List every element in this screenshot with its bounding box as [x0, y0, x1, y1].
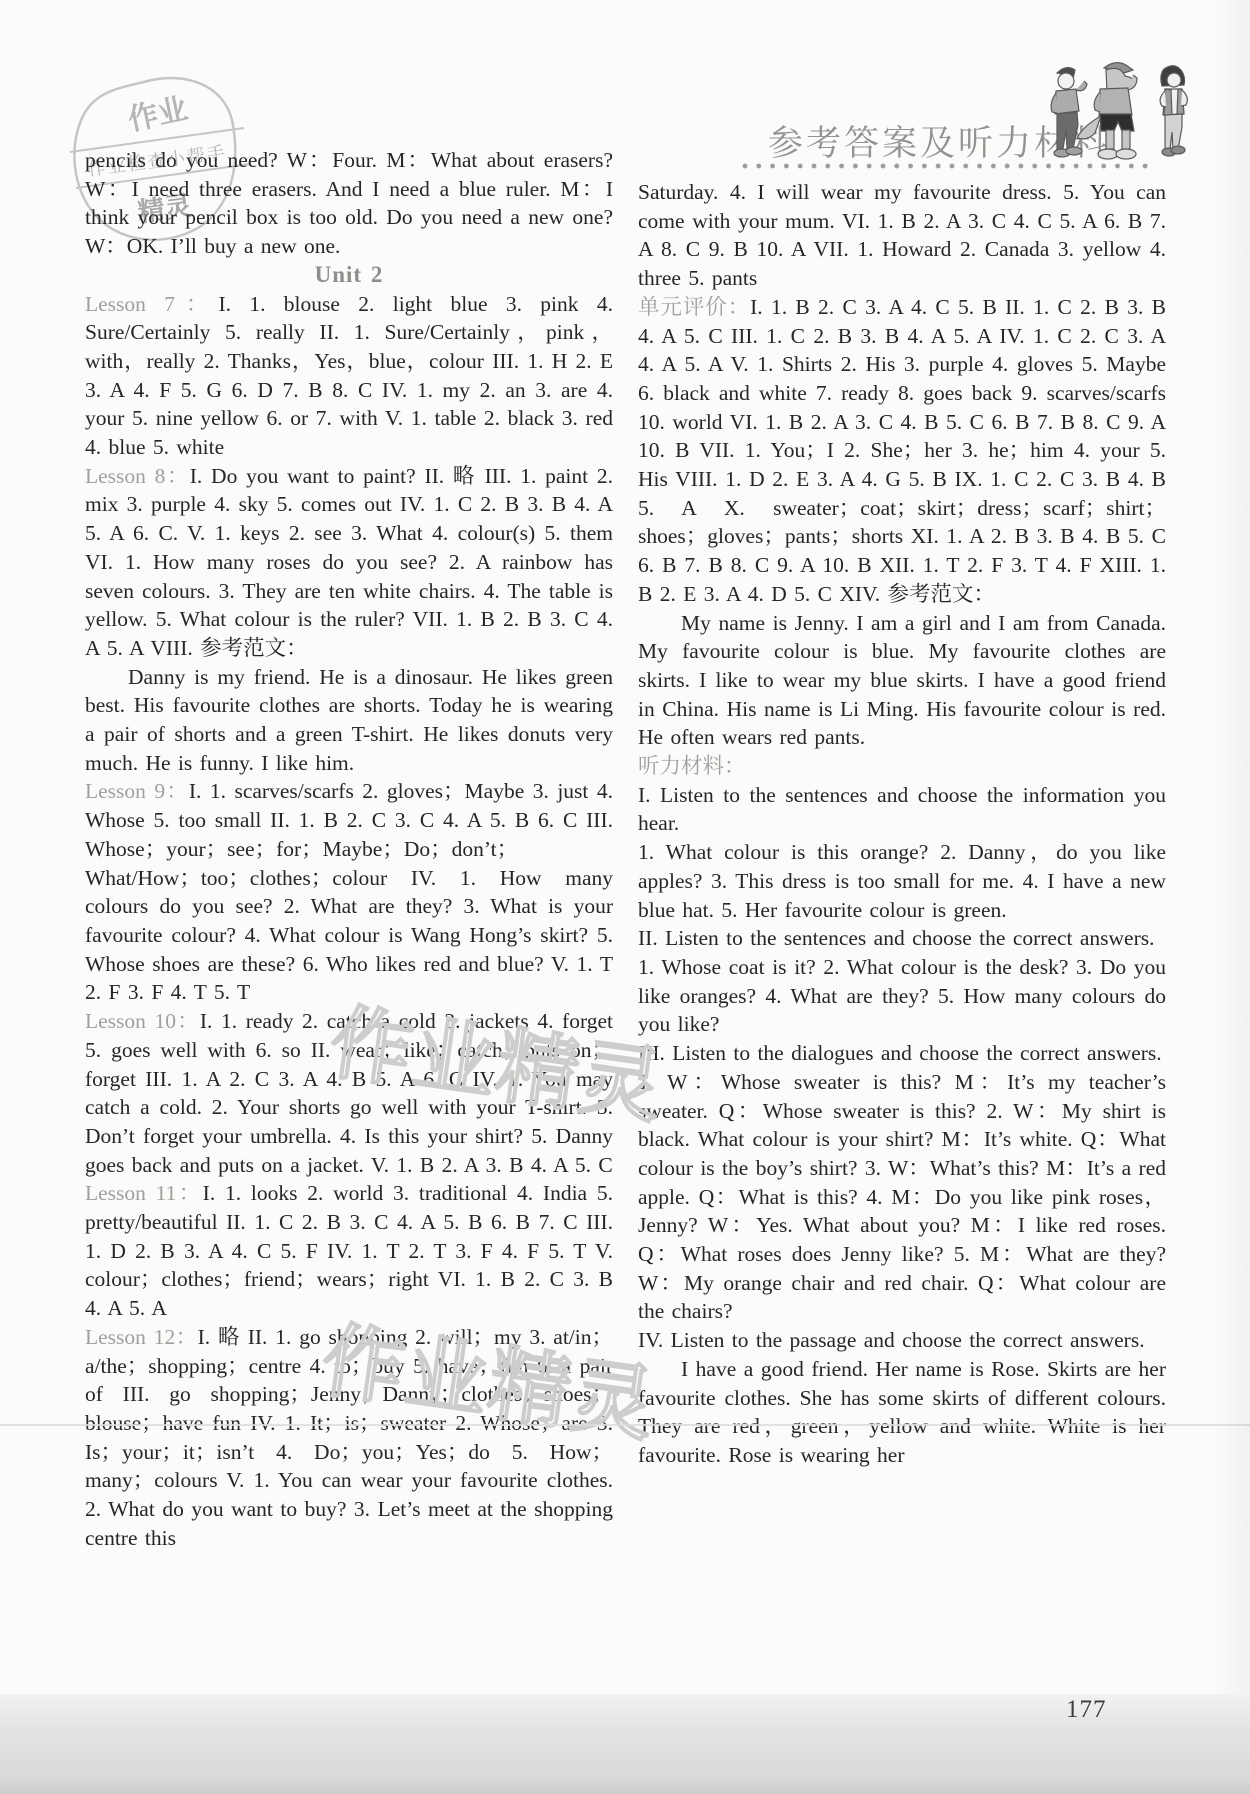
- listening-materials-heading: 听力材料：: [638, 752, 1166, 781]
- unit-evaluation-answers: I. 1. B 2. C 3. A 4. C 5. B II. 1. C 2. …: [638, 295, 1166, 606]
- listening-passage-rose: I have a good friend. Her name is Rose. …: [638, 1355, 1166, 1470]
- scan-fold-line: [0, 1424, 1250, 1426]
- listening-section-2-items: 1. Whose coat is it? 2. What colour is t…: [638, 953, 1166, 1039]
- answer-key-page: 作业 作业检查小帮手 精灵 参考答案及听力材料: [0, 0, 1250, 1794]
- sample-essay-danny: Danny is my friend. He is a dinosaur. He…: [85, 663, 613, 778]
- listening-section-3-items: 1. W：Whose sweater is this? M：It’s my te…: [638, 1068, 1166, 1326]
- lesson-9-paragraph: Lesson 9：I. 1. scarves/scarfs 2. gloves；…: [85, 777, 613, 1007]
- students-dinosaur-illustration: [1028, 56, 1198, 189]
- listening-section-1-heading: I. Listen to the sentences and choose th…: [638, 781, 1166, 838]
- lesson-12-label: Lesson 12：: [85, 1325, 198, 1349]
- page-number: 177: [1066, 1696, 1107, 1724]
- listening-section-1-items: 1. What colour is this orange? 2. Danny，…: [638, 838, 1166, 924]
- lesson-8-paragraph: Lesson 8：I. Do you want to paint? II. 略 …: [85, 462, 613, 663]
- scan-right-edge: [1214, 0, 1250, 1794]
- lesson-9-answers: I. 1. scarves/scarfs 2. gloves；Maybe 3. …: [85, 779, 613, 1004]
- sample-essay-jenny: My name is Jenny. I am a girl and I am f…: [638, 609, 1166, 753]
- intro-text: pencils do you need? W：Four. M：What abou…: [85, 148, 613, 258]
- stamp-top-text: 作业: [125, 92, 191, 137]
- lesson-8-label: Lesson 8：: [85, 464, 190, 488]
- lesson-12-continuation-paragraph: Saturday. 4. I will wear my favourite dr…: [638, 178, 1166, 293]
- lesson-11-label: Lesson 11：: [85, 1181, 203, 1205]
- lesson-12-answers: I. 略 II. 1. go shopping 2. will；my 3. at…: [85, 1325, 613, 1550]
- lesson-7-label: Lesson 7：: [85, 292, 218, 316]
- unit-evaluation-paragraph: 单元评价：I. 1. B 2. C 3. A 4. C 5. B II. 1. …: [638, 293, 1166, 609]
- intro-continuation-paragraph: pencils do you need? W：Four. M：What abou…: [85, 146, 613, 261]
- lesson-7-answers: I. 1. blouse 2. light blue 3. pink 4. Su…: [85, 292, 613, 460]
- unit-2-heading: Unit 2: [85, 261, 613, 290]
- unit-evaluation-label: 单元评价：: [638, 295, 750, 319]
- lesson-8-answers: I. Do you want to paint? II. 略 III. 1. p…: [85, 464, 613, 660]
- lesson-11-paragraph: Lesson 11：I. 1. looks 2. world 3. tradit…: [85, 1179, 613, 1323]
- lesson-12-paragraph: Lesson 12：I. 略 II. 1. go shopping 2. wil…: [85, 1323, 613, 1553]
- right-column: Saturday. 4. I will wear my favourite dr…: [638, 178, 1166, 1470]
- listening-section-4-heading: IV. Listen to the passage and choose the…: [638, 1326, 1166, 1355]
- listening-section-2-heading: II. Listen to the sentences and choose t…: [638, 924, 1166, 953]
- lesson-10-label: Lesson 10：: [85, 1009, 200, 1033]
- lesson-10-answers: I. 1. ready 2. catch a cold 3. jackets 4…: [85, 1009, 613, 1177]
- lesson-7-paragraph: Lesson 7：I. 1. blouse 2. light blue 3. p…: [85, 290, 613, 462]
- scan-bottom-edge: [0, 1694, 1250, 1794]
- lesson-10-paragraph: Lesson 10：I. 1. ready 2. catch a cold 3.…: [85, 1007, 613, 1179]
- listening-materials-label: 听力材料：: [638, 754, 746, 778]
- lesson-9-label: Lesson 9：: [85, 779, 189, 803]
- listening-section-3-heading: III. Listen to the dialogues and choose …: [638, 1039, 1166, 1068]
- left-column: pencils do you need? W：Four. M：What abou…: [85, 146, 613, 1552]
